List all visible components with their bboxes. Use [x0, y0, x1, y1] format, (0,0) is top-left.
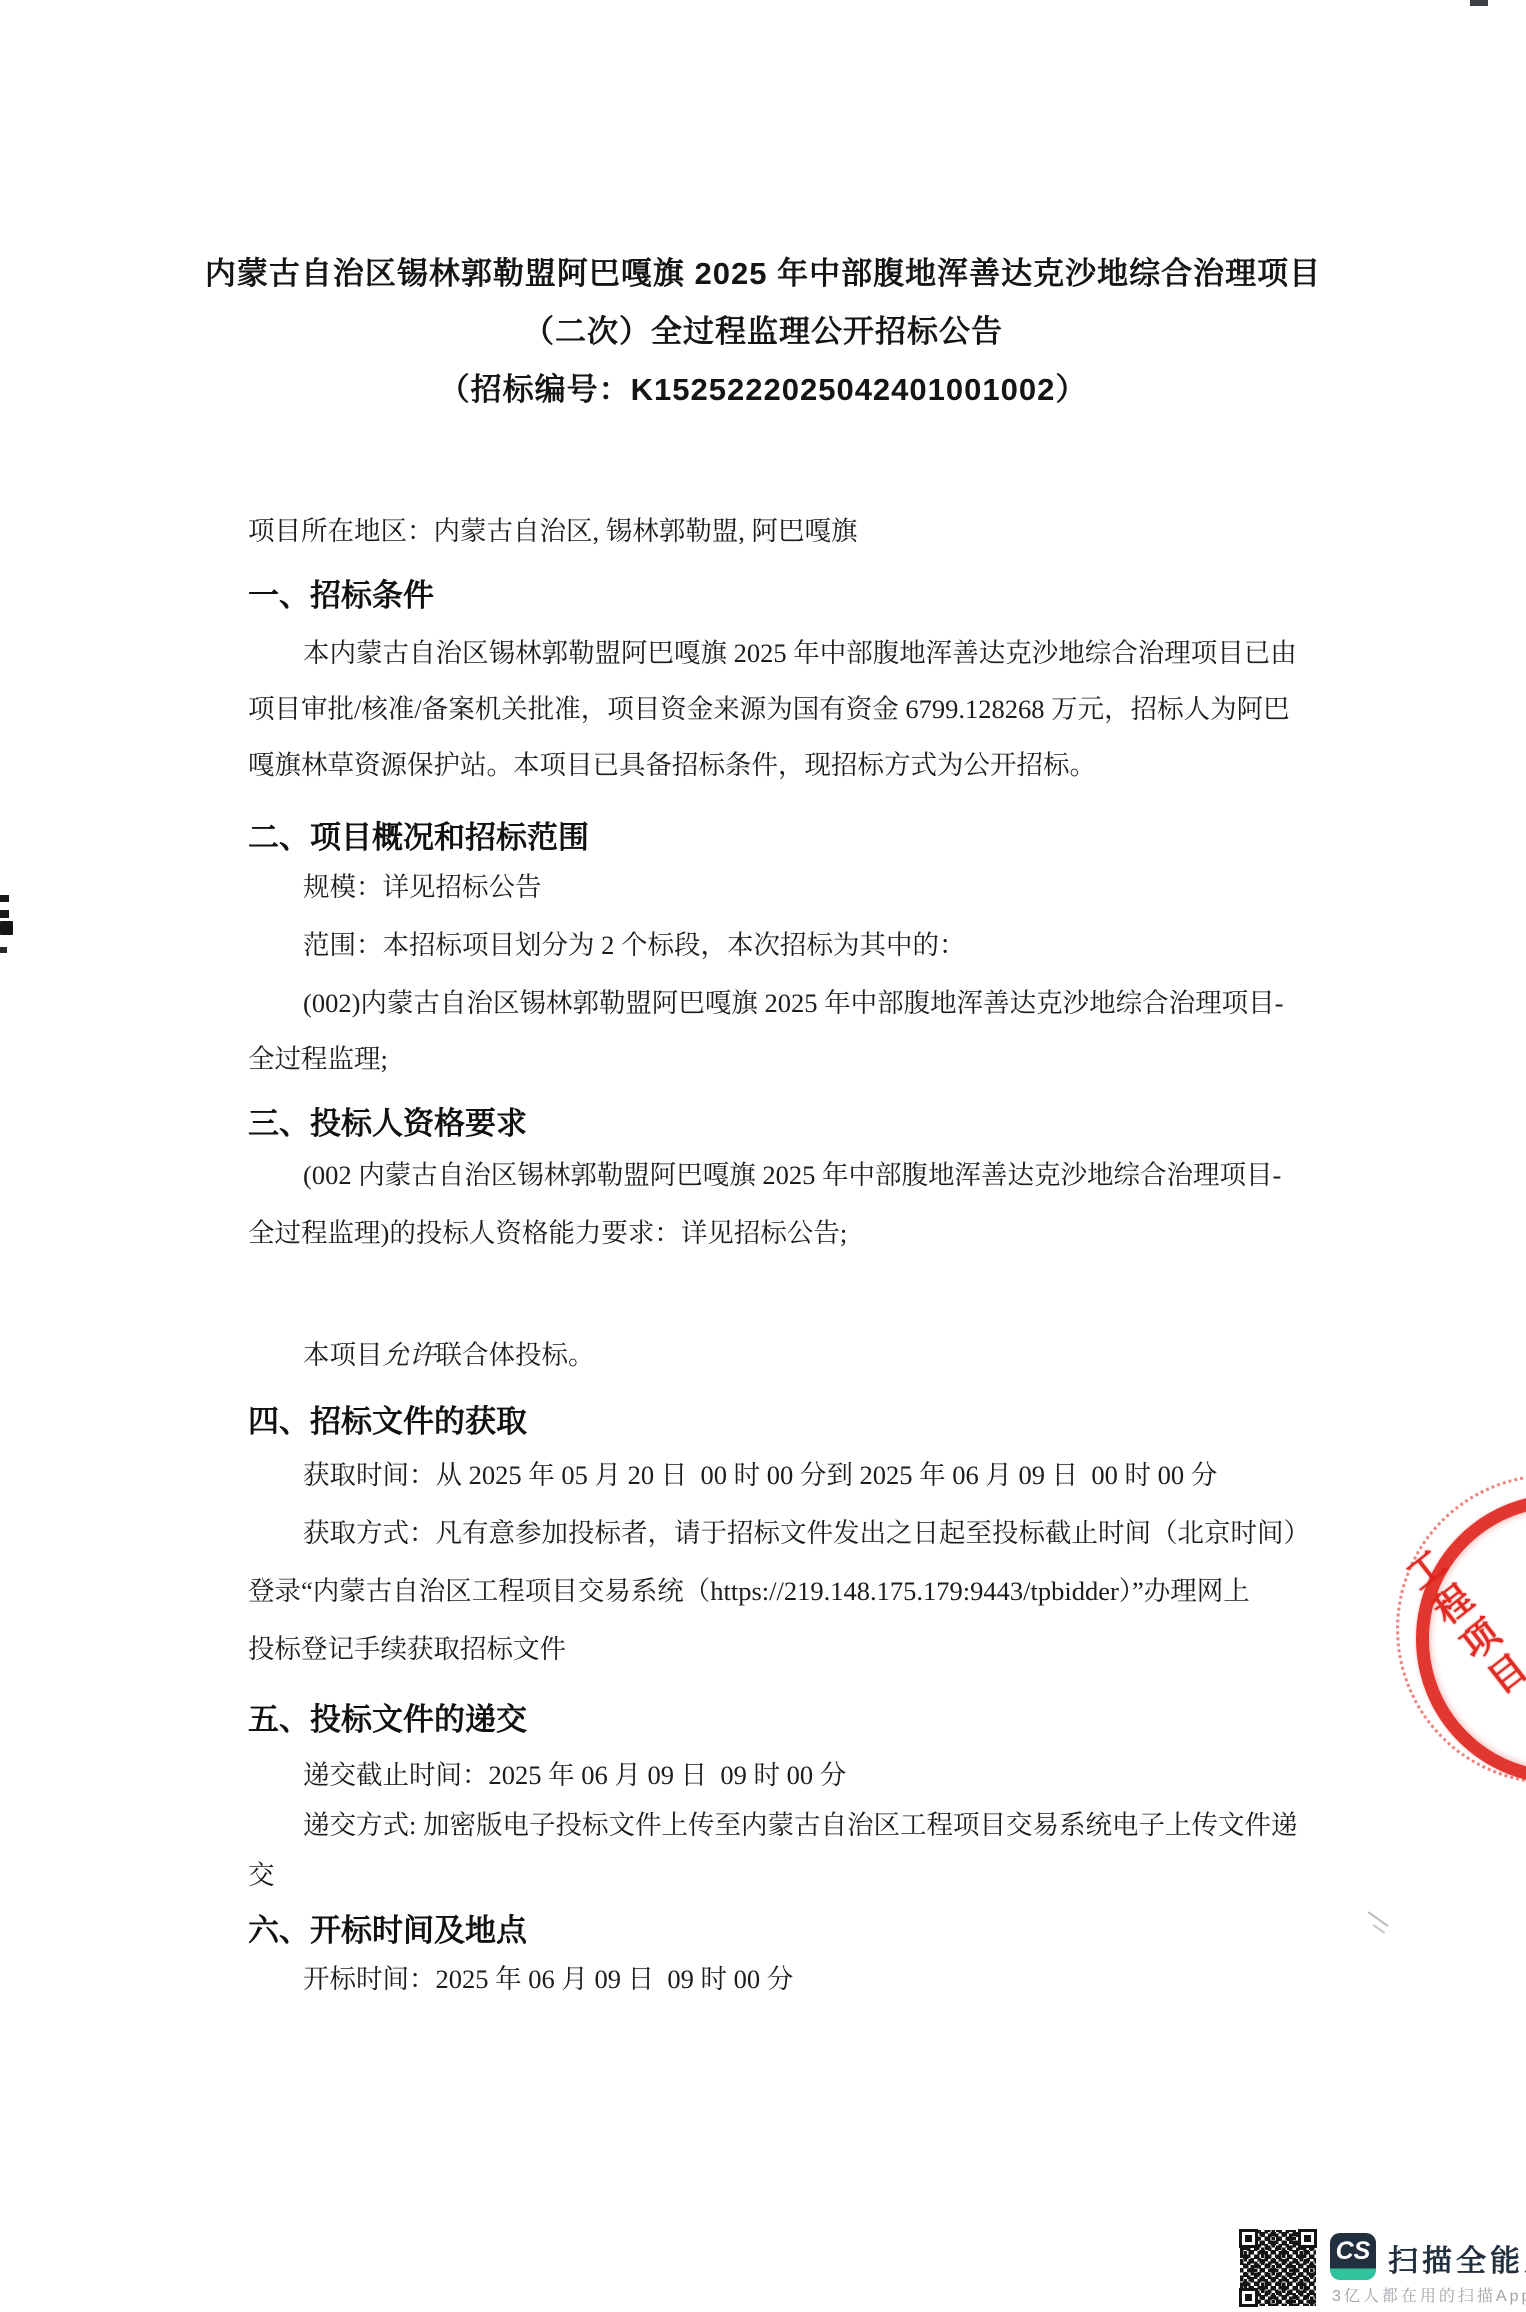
camscanner-logo-icon: CS — [1330, 2233, 1376, 2280]
scan-artifact — [0, 921, 13, 935]
scanned-document-page: 内蒙古自治区锡林郭勒盟阿巴嘎旗 2025 年中部腹地浑善达克沙地综合治理项目 （… — [0, 0, 1526, 2312]
section-heading-1: 一、招标条件 — [248, 570, 434, 615]
doc-line: 全过程监理)的投标人资格能力要求：详见招标公告; — [248, 1216, 847, 1250]
document-title-line-1: 内蒙古自治区锡林郭勒盟阿巴嘎旗 2025 年中部腹地浑善达克沙地综合治理项目 — [0, 248, 1526, 293]
project-location-line: 项目所在地区：内蒙古自治区, 锡林郭勒盟, 阿巴嘎旗 — [248, 514, 858, 548]
doc-line: 获取时间：从 2025 年 05 月 20 日 00 时 00 分到 2025 … — [303, 1458, 1217, 1492]
jv-prefix: 本项目 — [303, 1340, 383, 1370]
scan-artifact — [1373, 1924, 1386, 1934]
doc-line: 全过程监理; — [248, 1042, 388, 1076]
qr-finder-bottom-left — [1239, 2288, 1258, 2307]
section-heading-2: 二、项目概况和招标范围 — [248, 812, 589, 857]
doc-line: 投标登记手续获取招标文件 — [248, 1632, 566, 1666]
doc-line: 范围：本招标项目划分为 2 个标段，本次招标为其中的： — [303, 928, 966, 962]
joint-venture-line: 本项目允许联合体投标。 — [303, 1338, 595, 1372]
jv-emphasis: 允许 — [383, 1340, 436, 1370]
camscanner-tagline: 3亿人都在用的扫描App — [1332, 2283, 1526, 2306]
camscanner-logo-text: CS — [1330, 2237, 1376, 2266]
section-heading-4: 四、招标文件的获取 — [248, 1396, 527, 1441]
doc-line: 项目审批/核准/备案机关批准，项目资金来源为国有资金 6799.128268 万… — [248, 692, 1290, 726]
section-heading-6: 六、开标时间及地点 — [248, 1905, 527, 1950]
doc-line: 递交截止时间：2025 年 06 月 09 日 09 时 00 分 — [303, 1758, 846, 1792]
section-heading-3: 三、投标人资格要求 — [248, 1098, 527, 1143]
doc-line: 登录“内蒙古自治区工程项目交易系统（https://219.148.175.17… — [248, 1574, 1250, 1608]
scan-artifact — [0, 895, 9, 902]
doc-line: 嘎旗林草资源保护站。本项目已具备招标条件，现招标方式为公开招标。 — [248, 748, 1096, 782]
doc-line: 规模：详见招标公告 — [303, 870, 542, 904]
scan-artifact — [0, 910, 9, 918]
doc-line: 交 — [248, 1858, 275, 1892]
doc-line: 递交方式: 加密版电子投标文件上传至内蒙古自治区工程项目交易系统电子上传文件递 — [303, 1808, 1298, 1842]
jv-suffix: 联合体投标。 — [436, 1340, 595, 1370]
doc-line: (002)内蒙古自治区锡林郭勒盟阿巴嘎旗 2025 年中部腹地浑善达克沙地综合治… — [303, 986, 1283, 1020]
scan-artifact — [0, 947, 7, 953]
document-tender-number: （招标编号：K1525222025042401001002） — [0, 364, 1526, 409]
scan-artifact — [1470, 0, 1488, 6]
doc-line: 获取方式：凡有意参加投标者，请于招标文件发出之日起至投标截止时间（北京时间） — [303, 1516, 1310, 1550]
doc-line: (002 内蒙古自治区锡林郭勒盟阿巴嘎旗 2025 年中部腹地浑善达克沙地综合治… — [303, 1158, 1281, 1192]
qr-finder-top-left — [1239, 2229, 1258, 2248]
qr-finder-top-right — [1298, 2229, 1317, 2248]
doc-line: 本内蒙古自治区锡林郭勒盟阿巴嘎旗 2025 年中部腹地浑善达克沙地综合治理项目已… — [303, 636, 1297, 670]
qr-code — [1238, 2228, 1318, 2308]
camscanner-app-name: 扫描全能王 — [1388, 2236, 1526, 2280]
section-heading-5: 五、投标文件的递交 — [248, 1694, 527, 1739]
scan-artifact — [1368, 1911, 1389, 1926]
doc-line: 开标时间：2025 年 06 月 09 日 09 时 00 分 — [303, 1962, 793, 1996]
document-title-line-2: （二次）全过程监理公开招标公告 — [0, 306, 1526, 351]
